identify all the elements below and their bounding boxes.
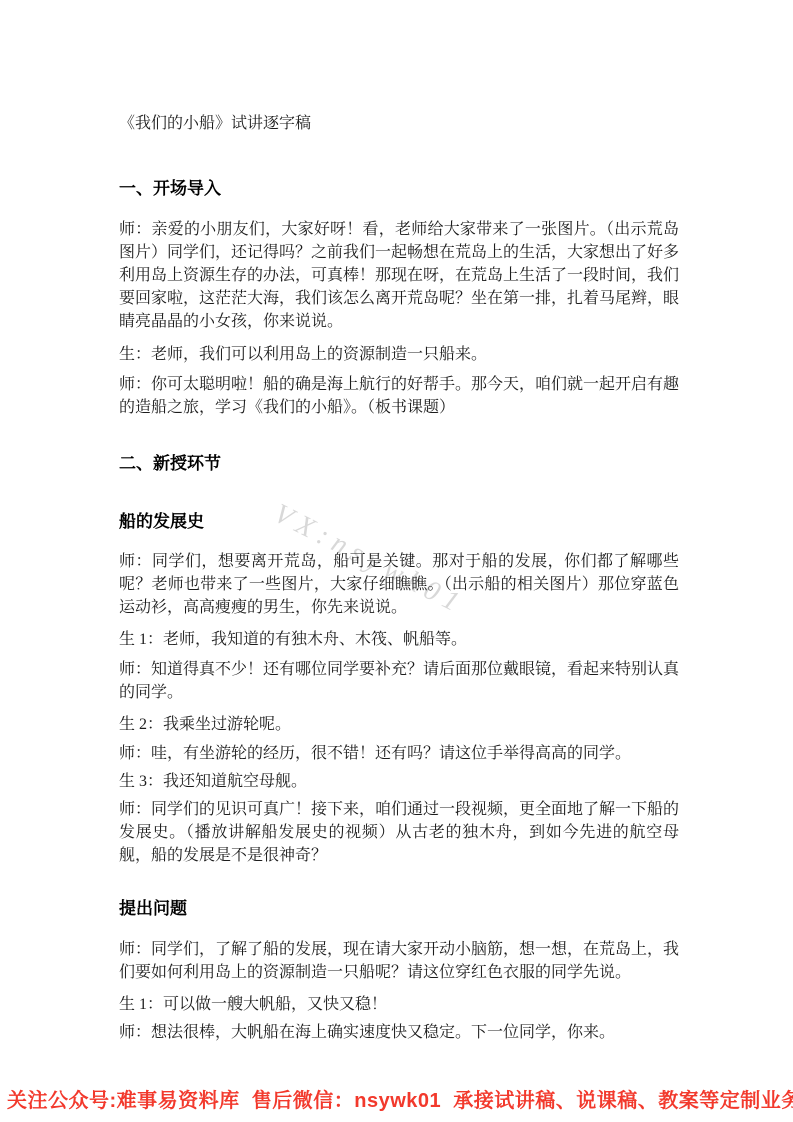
student-line-1: 生 1：可以做一艘大帆船，又快又稳！: [119, 993, 679, 1016]
document-title: 《我们的小船》试讲逐字稿: [119, 112, 679, 135]
teacher-line: 师：你可太聪明啦！船的确是海上航行的好帮手。那今天，咱们就一起开启有趣的造船之旅…: [119, 373, 679, 419]
promo-footer-text: 关注公众号:难事易资料库 售后微信：nsywk01 承接试讲稿、说课稿、教案等定…: [7, 1089, 793, 1113]
teacher-line: 师：同学们，了解了船的发展，现在请大家开动小脑筋，想一想，在荒岛上，我们要如何利…: [119, 938, 679, 984]
teacher-line: 师：哇，有坐游轮的经历，很不错！还有吗？请这位手举得高高的同学。: [119, 742, 679, 765]
document-body: 《我们的小船》试讲逐字稿 一、开场导入 师：亲爱的小朋友们，大家好呀！看，老师给…: [119, 112, 679, 1044]
subheading-raise-question: 提出问题: [119, 898, 679, 920]
document-page: VX:nsywk01 《我们的小船》试讲逐字稿 一、开场导入 师：亲爱的小朋友们…: [0, 0, 793, 1122]
section-heading-new-lesson: 二、新授环节: [119, 453, 679, 475]
student-line-2: 生 2：我乘坐过游轮呢。: [119, 713, 679, 736]
section-heading-opening: 一、开场导入: [119, 178, 679, 200]
student-line: 生：老师，我们可以利用岛上的资源制造一只船来。: [119, 343, 679, 366]
subheading-ship-history: 船的发展史: [119, 511, 679, 533]
teacher-line: 师：知道得真不少！还有哪位同学要补充？请后面那位戴眼镜，看起来特别认真的同学。: [119, 658, 679, 704]
teacher-line: 师：亲爱的小朋友们，大家好呀！看，老师给大家带来了一张图片。（出示荒岛图片）同学…: [119, 218, 679, 333]
teacher-line: 师：同学们，想要离开荒岛，船可是关键。那对于船的发展，你们都了解哪些呢？老师也带…: [119, 550, 679, 619]
student-line-3: 生 3：我还知道航空母舰。: [119, 770, 679, 793]
teacher-line: 师：同学们的见识可真广！接下来，咱们通过一段视频，更全面地了解一下船的发展史。（…: [119, 798, 679, 867]
teacher-line: 师：想法很棒，大帆船在海上确实速度快又稳定。下一位同学，你来。: [119, 1021, 679, 1044]
student-line-1: 生 1：老师，我知道的有独木舟、木筏、帆船等。: [119, 628, 679, 651]
